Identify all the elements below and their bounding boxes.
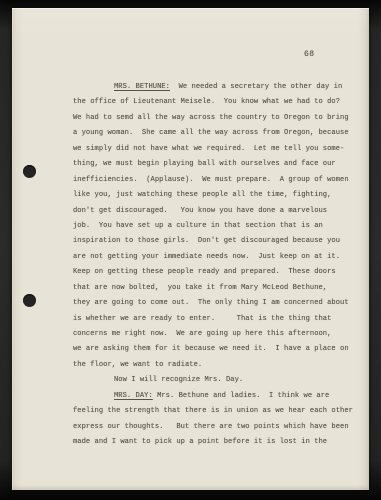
transcript-line: the office of Lieutenant Meisele. You kn… (73, 95, 358, 110)
transcript-line: they are going to come out. The only thi… (73, 296, 358, 311)
transcript-line: is whether we are ready to enter. That i… (73, 312, 358, 327)
transcript-line: Keep on getting these people ready and p… (73, 265, 358, 280)
transcript-line: we are asking them for it because we nee… (73, 342, 358, 357)
transcript-line: We had to semd all the way across the co… (73, 111, 358, 126)
transcript-line: MRS. BETHUNE: We needed a secretary the … (73, 80, 358, 95)
transcript-line: inspiration to those girls. Don't get di… (73, 234, 358, 249)
document-page: 68 MRS. BETHUNE: We needed a secretary t… (12, 8, 369, 490)
transcript-line: made and I want to pick up a point befor… (73, 435, 358, 450)
transcript-line: thing, we must begin playing ball with o… (73, 157, 358, 172)
transcript-line: we simply did not have what we required.… (73, 142, 358, 157)
speaker-label: MRS. BETHUNE: (114, 83, 170, 91)
scan-background: 68 MRS. BETHUNE: We needed a secretary t… (0, 0, 381, 500)
transcript-line: that are now bolted, you take it from Ma… (73, 281, 358, 296)
page-number: 68 (304, 50, 315, 59)
transcript-line: inefficiencies. (Applause). We must prep… (73, 173, 358, 188)
transcript-line: concerns me right now. We are going up h… (73, 327, 358, 342)
transcript-line: job. You have set up a culture in that s… (73, 219, 358, 234)
transcript-line: the floor, we want to radiate. (73, 358, 358, 373)
punch-hole-bottom (23, 294, 36, 307)
transcript-line: Now I will recognize Mrs. Day. (73, 373, 358, 388)
punch-hole-top (23, 165, 36, 178)
speaker-label: MRS. DAY: (114, 392, 153, 400)
transcript-line: express our thoughts. But there are two … (73, 420, 358, 435)
transcript-line: are not getting your immediate needs now… (73, 250, 358, 265)
transcript-line: like you, just watching these people all… (73, 188, 358, 203)
transcript-lines: MRS. BETHUNE: We needed a secretary the … (73, 80, 358, 451)
transcript-line: MRS. DAY: Mrs. Bethune and ladies. I thi… (73, 389, 358, 404)
transcript-line: don't get discouraged. You know you have… (73, 204, 358, 219)
transcript-line: a young woman. She came all the way acro… (73, 126, 358, 141)
transcript-line: feeling the strength that there is in un… (73, 404, 358, 419)
